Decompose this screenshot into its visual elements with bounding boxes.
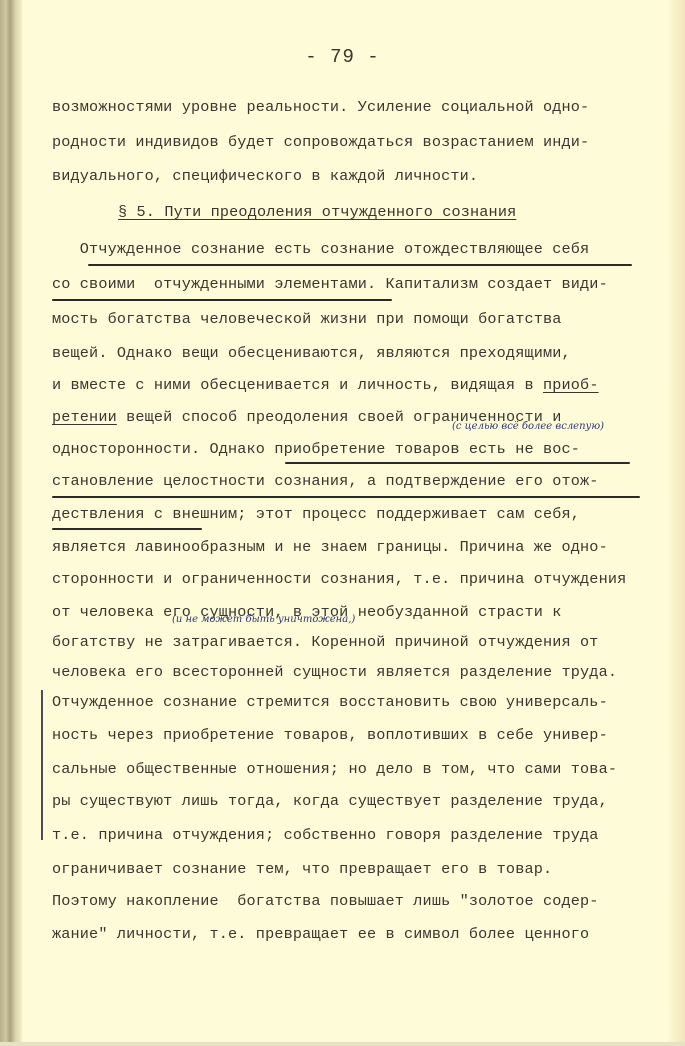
pen-underline [52, 299, 392, 301]
underlined-word: ретении [52, 408, 117, 426]
pen-underline [52, 496, 640, 498]
text-line: т.е. причина отчуждения; собственно гово… [52, 826, 599, 844]
text-line: ность через приобретение товаров, воплот… [52, 726, 608, 744]
text-line: и вместе с ними обесценивается и личност… [52, 376, 599, 394]
text-line: человека его всесторонней сущности являе… [52, 663, 617, 681]
underlined-word: приоб- [543, 376, 599, 394]
text-line: Отчужденное сознание стремится восстанов… [52, 693, 608, 711]
text-line: вещей. Однако вещи обесцениваются, являю… [52, 344, 571, 362]
text-line: является лавинообразным и не знаем грани… [52, 538, 608, 556]
page-bottom-edge [0, 1042, 685, 1046]
margin-bracket-line [41, 690, 43, 840]
pen-underline [88, 264, 632, 266]
text-line: возможностями уровне реальности. Усилени… [52, 98, 589, 116]
text-line: родности индивидов будет сопровождаться … [52, 133, 589, 151]
text-line: богатству не затрагивается. Коренной при… [52, 633, 599, 651]
text-line: ры существуют лишь тогда, когда существу… [52, 792, 608, 810]
handwritten-annotation: (с целью всё более вслепую) [452, 421, 604, 432]
section-heading: § 5. Пути преодоления отчужденного созна… [118, 203, 516, 221]
page-right-edge [667, 0, 685, 1046]
text-line: ограничивает сознание тем, что превращае… [52, 860, 552, 878]
handwritten-annotation: (и не может быть уничтожена,) [172, 614, 355, 625]
text-line: сторонности и ограниченности сознания, т… [52, 570, 626, 588]
text-line: Поэтому накопление богатства повышает ли… [52, 892, 599, 910]
text-line: видуального, специфического в каждой лич… [52, 167, 478, 185]
text-line: односторонности. Однако приобретение тов… [52, 440, 580, 458]
text-line: со своими отчужденными элементами. Капит… [52, 275, 608, 293]
pen-underline [285, 462, 630, 464]
page-binding-edge [0, 0, 22, 1046]
text-line: жание" личности, т.е. превращает ее в си… [52, 925, 589, 943]
text-span: и вместе с ними обесценивается и личност… [52, 376, 543, 394]
text-line: становление целостности сознания, а подт… [52, 472, 599, 490]
text-line: дествления с внешним; этот процесс подде… [52, 505, 580, 523]
page-number: - 79 - [0, 46, 685, 68]
pen-underline [52, 528, 202, 530]
text-line: Отчужденное сознание есть сознание отожд… [52, 240, 589, 258]
text-line: сальные общественные отношения; но дело … [52, 760, 617, 778]
text-line: мость богатства человеческой жизни при п… [52, 310, 562, 328]
